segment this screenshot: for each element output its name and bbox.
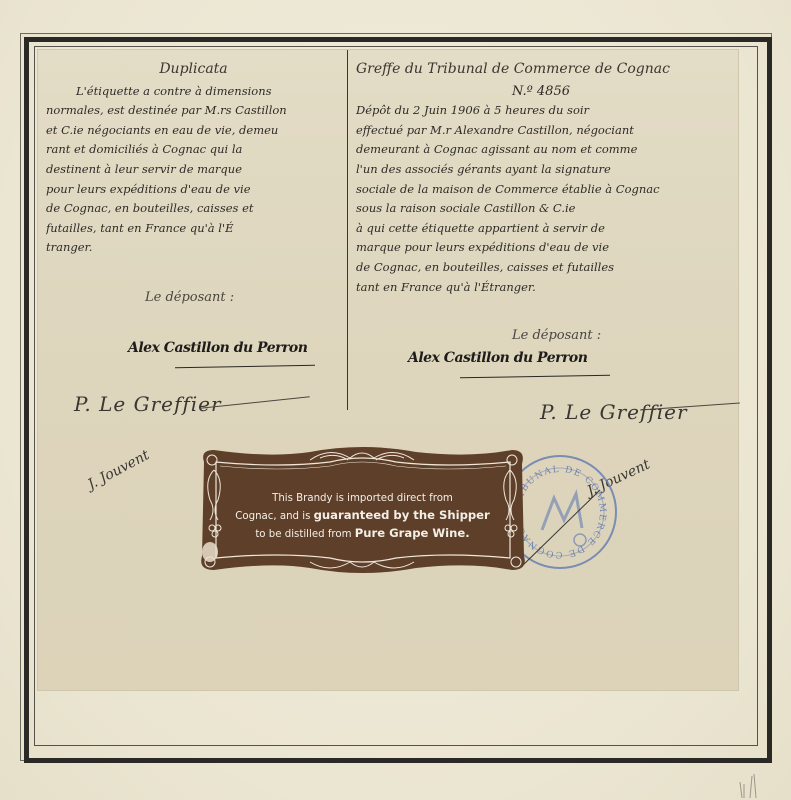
- text-line: effectué par M.r Alexandre Castillon, né…: [356, 121, 726, 141]
- pencil-mark-icon: [734, 770, 764, 800]
- greffe-heading: Greffe du Tribunal de Commerce de Cognac: [356, 60, 726, 80]
- text-line: marque pour leurs expéditions d'eau de v…: [356, 238, 726, 258]
- text-line: rant et domiciliés à Cognac qui la: [46, 140, 341, 160]
- right-deposant-label: Le déposant :: [512, 328, 601, 343]
- text-line: L'étiquette a contre à dimensions: [46, 82, 341, 102]
- tribunal-stamp: TRIBUNAL DE COMMERCE DE COGNAC: [520, 450, 640, 575]
- text-line: de Cognac, en bouteilles, caisses et: [46, 199, 341, 219]
- label-line-2-emphasis: guaranteed by the Shipper: [314, 508, 490, 522]
- label-line-3-emphasis: Pure Grape Wine.: [355, 526, 470, 540]
- stamp-seal-icon: TRIBUNAL DE COMMERCE DE COGNAC: [520, 450, 640, 575]
- text-line: et C.ie négociants en eau de vie, demeu: [46, 121, 341, 141]
- right-depositor-signature: Alex Castillon du Perron: [408, 350, 587, 366]
- text-line: destinent à leur servir de marque: [46, 160, 341, 180]
- text-line: sous la raison sociale Castillon & C.ie: [356, 199, 726, 219]
- label-line-2-start: Cognac, and is: [235, 511, 313, 522]
- text-line: sociale de la maison de Commerce établie…: [356, 180, 726, 200]
- label-text: This Brandy is imported direct from Cogn…: [220, 490, 505, 543]
- left-greffier-signature: P. Le Greffier: [74, 392, 222, 416]
- label-line-1: This Brandy is imported direct from: [220, 490, 505, 507]
- duplicata-title: Duplicata: [46, 60, 341, 80]
- label-line-2: Cognac, and is guaranteed by the Shipper: [220, 507, 505, 525]
- text-line: Dépôt du 2 Juin 1906 à 5 heures du soir: [356, 101, 726, 121]
- text-line: normales, est destinée par M.rs Castillo…: [46, 101, 341, 121]
- left-column-text: Duplicata L'étiquette a contre à dimensi…: [46, 60, 341, 258]
- column-divider: [347, 50, 348, 410]
- text-line: de Cognac, en bouteilles, caisses et fut…: [356, 258, 726, 278]
- text-line: à qui cette étiquette appartient à servi…: [356, 219, 726, 239]
- label-line-3: to be distilled from Pure Grape Wine.: [220, 525, 505, 543]
- text-line: l'un des associés gérants ayant la signa…: [356, 160, 726, 180]
- text-line: futailles, tant en France qu'à l'É: [46, 219, 341, 239]
- text-line: pour leurs expéditions d'eau de vie: [46, 180, 341, 200]
- registration-number: N.º 4856: [356, 82, 726, 102]
- text-line: demeurant à Cognac agissant au nom et co…: [356, 140, 726, 160]
- left-deposant-label: Le déposant :: [145, 290, 234, 305]
- label-line-3-start: to be distilled from: [255, 529, 354, 540]
- text-line: tant en France qu'à l'Étranger.: [356, 278, 726, 298]
- right-column-text: Greffe du Tribunal de Commerce de Cognac…: [356, 60, 726, 297]
- text-line: tranger.: [46, 238, 341, 258]
- right-greffier-signature: P. Le Greffier: [540, 400, 688, 424]
- album-page: Duplicata L'étiquette a contre à dimensi…: [0, 0, 791, 800]
- left-depositor-signature: Alex Castillon du Perron: [128, 340, 307, 356]
- brandy-label: This Brandy is imported direct from Cogn…: [190, 440, 535, 580]
